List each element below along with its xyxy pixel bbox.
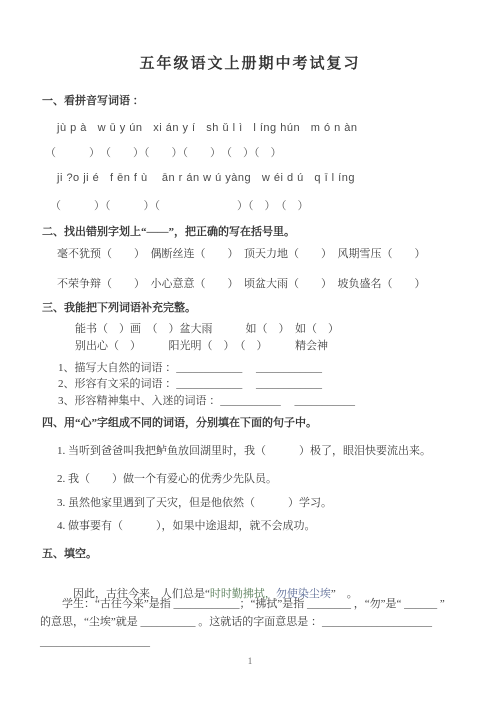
worksheet-page: 五年级语文上册期中考试复习 一、看拼音写词语 ： jù p à w ū y ún… [0, 0, 500, 708]
analysis-line-3: ____________________ [40, 636, 150, 649]
pinyin-line-1: jù p à w ū y ún xi án y í sh ǔ l ì l íng… [57, 122, 358, 135]
sentence-item-2: 2. 我（ ）做一个有爱心的优秀少先队员。 [57, 473, 277, 486]
section-2-heading: 二、找出错别字划上“——”，把正确的写在括号里。 [42, 226, 295, 239]
category-item-2: 2、形容有文采的词语 ：____________ ____________ [58, 378, 322, 391]
sentence-item-1: 1. 当听到爸爸叫我把鲈鱼放回湖里时，我（ ）极了，眼泪快要流出来。 [57, 445, 431, 458]
pinyin-line-2: ji ?o ji é f ēn f ù ān r án w ú yàng w é… [57, 172, 355, 185]
analysis-line-2: 的意思，“尘埃”就是 __________ 。这就话的字面意思是 ：______… [40, 616, 432, 629]
category-item-1: 1、描写大自然的词语 ：____________ ____________ [58, 362, 322, 375]
pinyin-blanks-2: （ ）（ ）（ ）（ ） （ ） [50, 200, 309, 213]
section-1-heading: 一、看拼音写词语 ： [42, 95, 144, 108]
word-fill-line-1: 能书（ ）画 （ ）盆大雨 如（ ） 如（ ） [75, 323, 339, 336]
idiom-row-2: 不荣争辩（ ） 小心意意（ ） 顷盆大雨（ ） 坡负盛名（ ） [57, 278, 426, 291]
category-item-3: 3、形容精神集中、入迷的词语 ：___________ ___________ [58, 395, 355, 408]
sentence-item-3: 3. 虽然他家里遇到了天灾，但是他依然（ ）学习。 [57, 497, 332, 510]
idiom-row-1: 毫不犹预（ ） 偶断丝连（ ） 顶天力地（ ） 风期雪压（ ） [57, 248, 426, 261]
sentence-item-4: 4. 做事要有（ ），如果中途退却，就不会成功。 [57, 520, 316, 533]
section-5-heading: 五、填空。 [42, 548, 97, 561]
exam-title: 五年级语文上册期中考试复习 [0, 52, 500, 73]
section-4-heading: 四、用“心”字组成不同的词语，分别填在下面的句子中。 [42, 417, 317, 430]
analysis-line-1: 学生：“古往今来”是指 ____________；“拂拭”是指 ________… [62, 598, 445, 611]
page-number: 1 [0, 656, 500, 666]
word-fill-line-2: 别出心（ ） 阳光明（ ） （ ） 精会神 [75, 340, 328, 353]
section-3-heading: 三、我能把下列词语补充完整。 [42, 302, 196, 315]
pinyin-blanks-1: （ ） （ ）（ ）（ ） （ ）（ ） [45, 147, 282, 160]
